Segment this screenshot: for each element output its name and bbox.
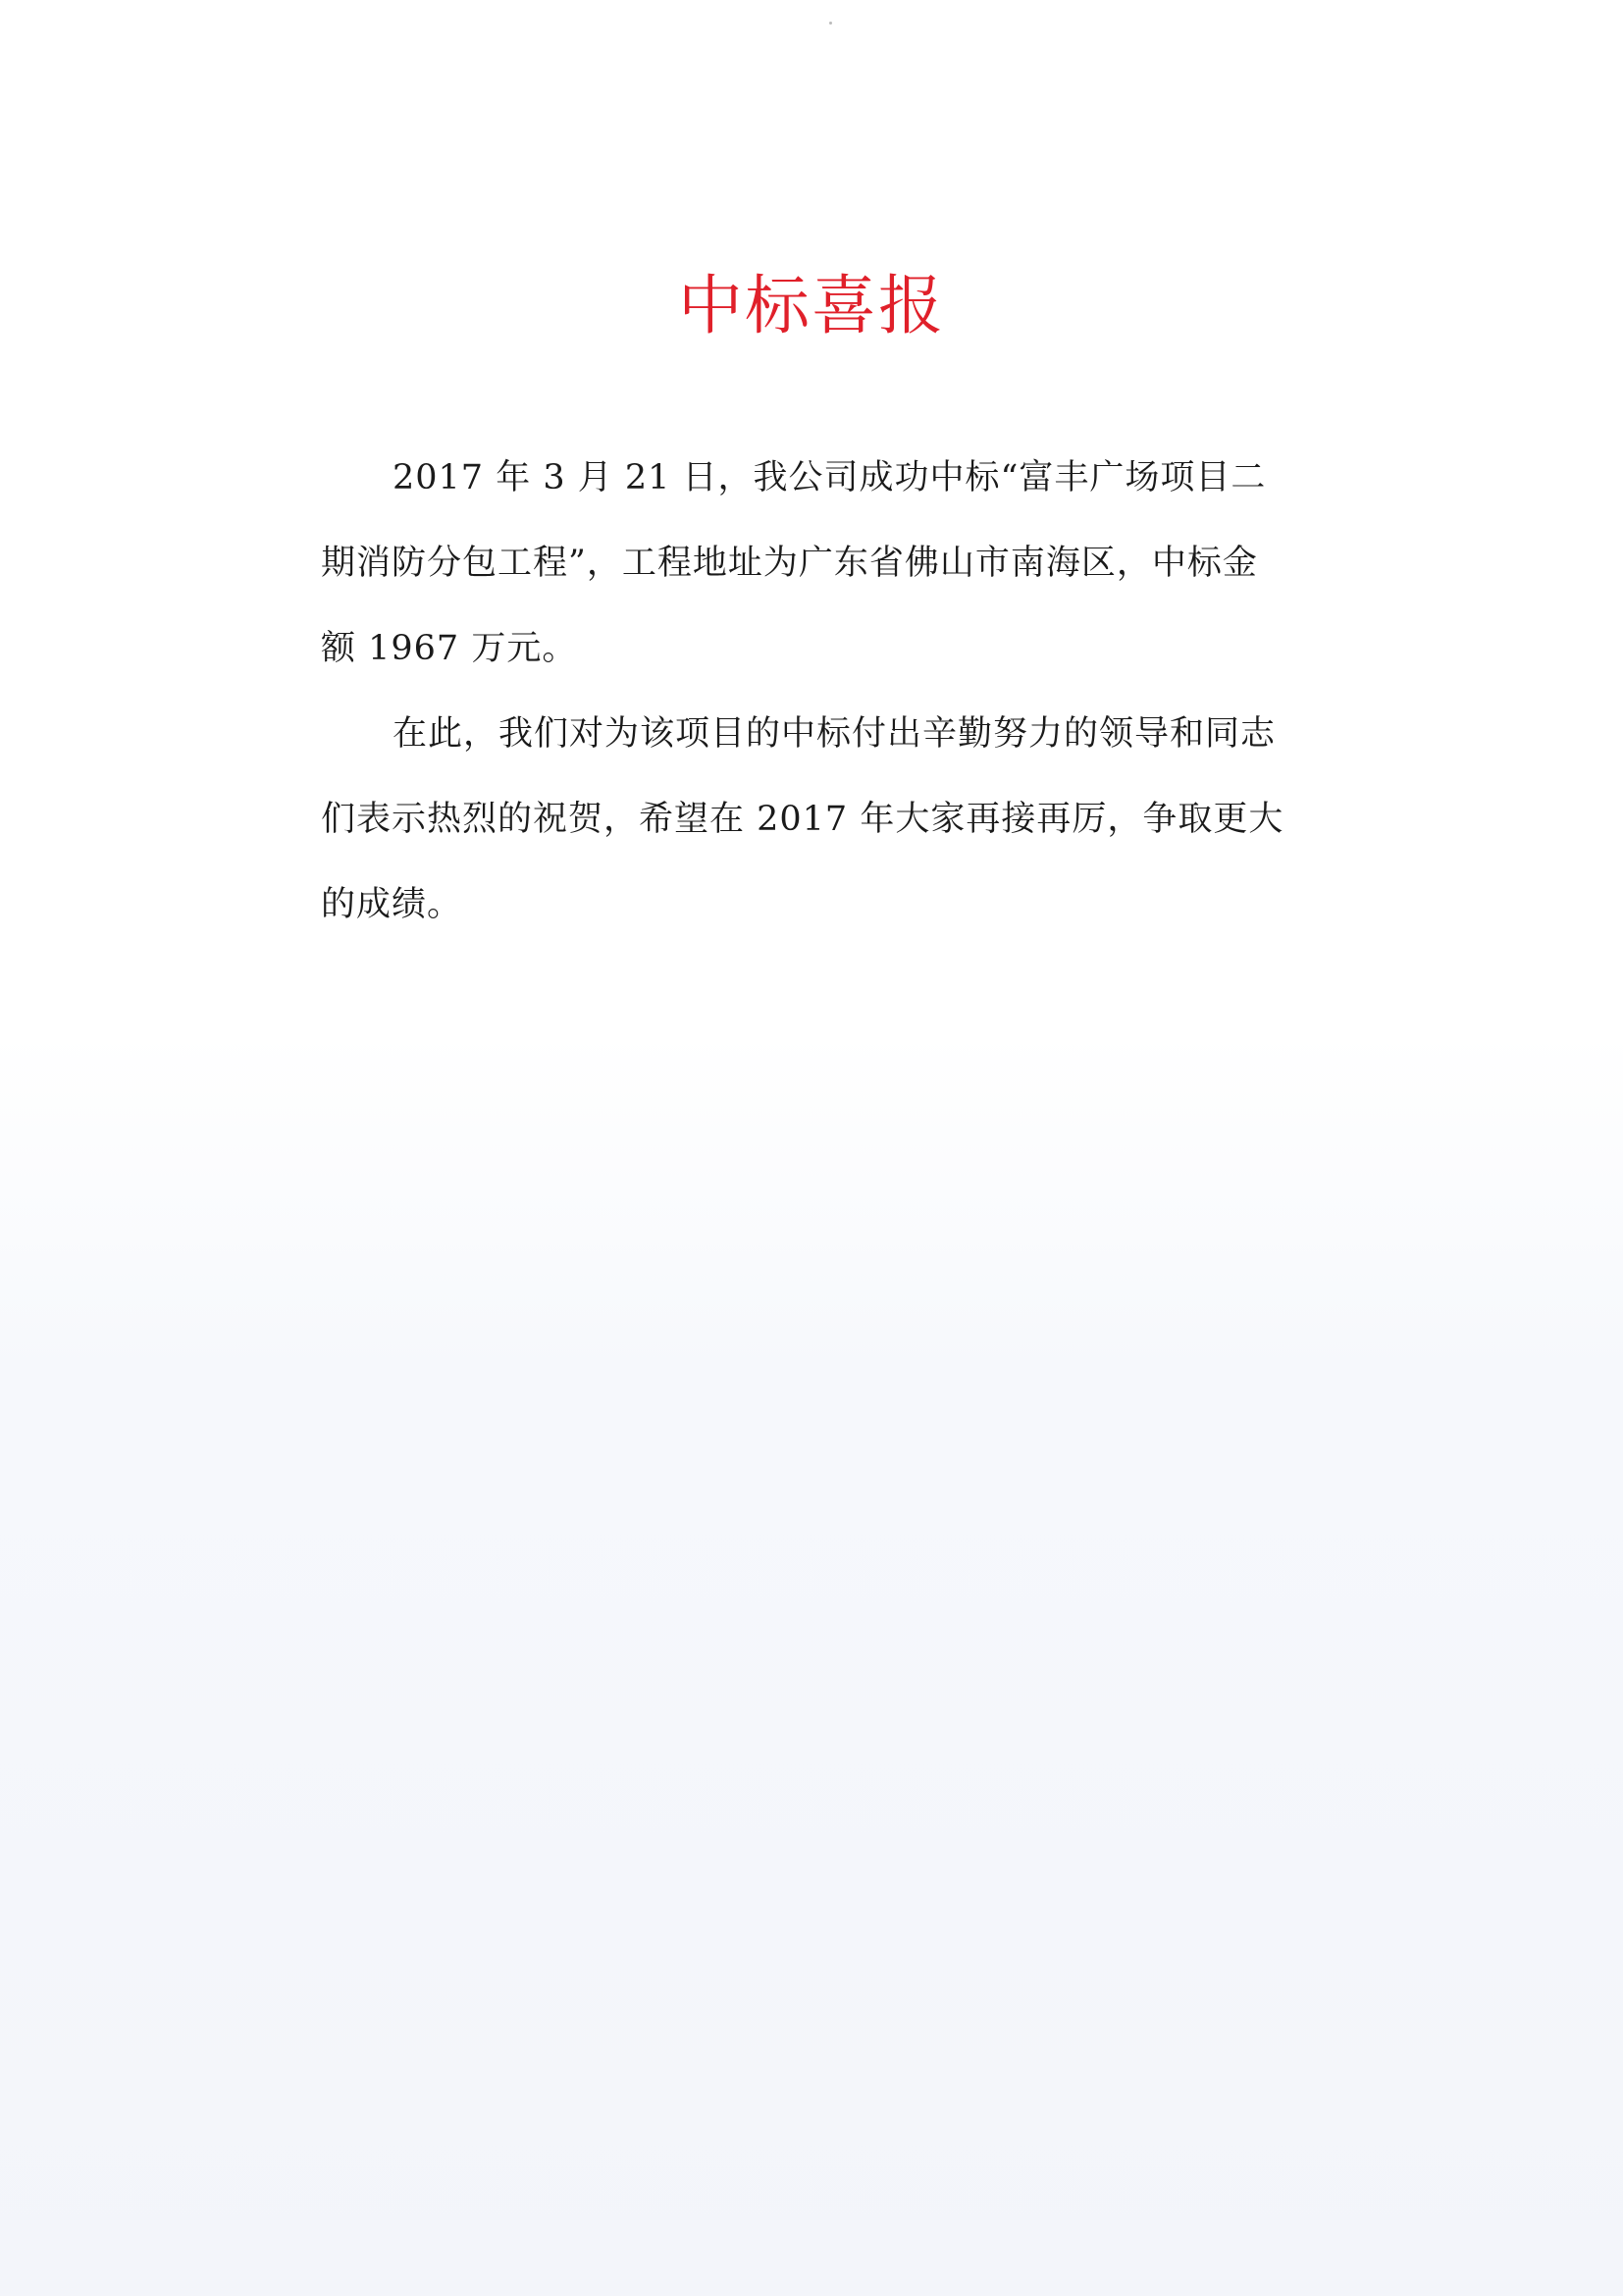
document-body: 2017 年 3 月 21 日，我公司成功中标“富丰广场项目二期消防分包工程”，… — [321, 436, 1292, 948]
scanned-page: 中标喜报 2017 年 3 月 21 日，我公司成功中标“富丰广场项目二期消防分… — [0, 0, 1623, 2296]
paragraph-award-announcement: 2017 年 3 月 21 日，我公司成功中标“富丰广场项目二期消防分包工程”，… — [321, 436, 1292, 692]
page-title: 中标喜报 — [0, 263, 1623, 349]
scan-speck — [829, 22, 832, 25]
paragraph-congratulations: 在此，我们对为该项目的中标付出辛勤努力的领导和同志们表示热烈的祝贺，希望在 20… — [321, 692, 1292, 948]
